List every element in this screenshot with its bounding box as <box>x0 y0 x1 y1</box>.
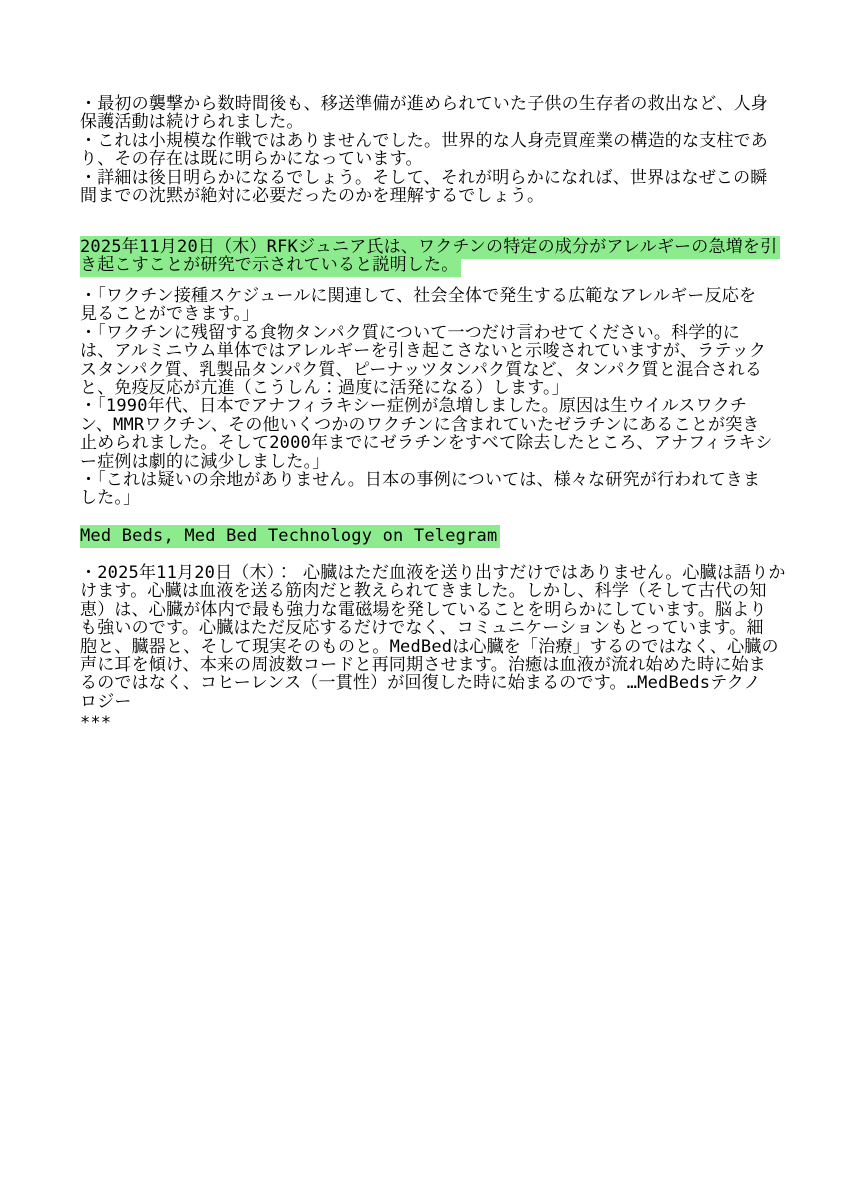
paragraph-rescue-operations: ・最初の襲撃から数時間後も、移送準備が進められていた子供の生存者の救出など、人身… <box>80 95 780 205</box>
text-line: 見ることができます。」 <box>80 305 780 323</box>
text-line: スタンパク質、乳製品タンパク質、ピーナッツタンパク質など、タンパク質と混合される <box>80 361 780 379</box>
text-line: 胞と、臓器と、そして現実そのものと。MedBedは心臓を「治療」するのではなく、… <box>80 638 780 656</box>
text-line: 恵）は、心臓が体内で最も強力な電磁場を発していることを明らかにしています。脳より <box>80 601 780 619</box>
text-line: と、免疫反応が亢進（こうしん：過度に活発になる）します。」 <box>80 379 780 397</box>
text-line: ロジー <box>80 693 780 711</box>
text-line: ー症例は劇的に減少しました。」 <box>80 453 780 471</box>
text-line: 保護活動は続けられました。 <box>80 113 780 131</box>
text-line: ・「これは疑いの余地がありません。日本の事例については、様々な研究が行われてきま <box>80 471 780 489</box>
highlighted-text: Med Beds, Med Bed Technology on Telegram <box>80 525 500 548</box>
text-line: した。」 <box>80 489 780 507</box>
text-line: ・これは小規模な作戦ではありませんでした。世界的な人身売買産業の構造的な支柱であ <box>80 132 780 150</box>
section-separator-asterisks: *** <box>80 714 780 732</box>
text-line: 止められました。そして2000年までにゼラチンをすべて除去したところ、アナフィラ… <box>80 434 780 452</box>
highlighted-text: き起こすことが研究で示されていると説明した。 <box>80 254 461 277</box>
text-line: 声に耳を傾け、本来の周波数コードと再同期させます。治癒は血液が流れ始めた時に始ま <box>80 656 780 674</box>
text-line: *** <box>80 714 780 732</box>
text-line: ・詳細は後日明らかになるでしょう。そして、それが明らかになれば、世界はなぜこの瞬 <box>80 169 780 187</box>
paragraph-rfk-quotes: ・「ワクチン接種スケジュールに関連して、社会全体で発生する広範なアレルギー反応を… <box>80 287 780 508</box>
headline-rfk-vaccine-allergy: 2025年11月20日（木）RFKジュニア氏は、ワクチンの特定の成分がアレルギー… <box>80 238 780 275</box>
heading-med-beds-telegram: Med Beds, Med Bed Technology on Telegram <box>80 527 780 545</box>
text-line: も強いのです。心臓はただ反応するだけでなく、コミュニケーションもとっています。細 <box>80 619 780 637</box>
paragraph-med-beds: ・2025年11月20日（木）： 心臓はただ血液を送り出すだけではありません。心… <box>80 564 780 711</box>
text-line: ・最初の襲撃から数時間後も、移送準備が進められていた子供の生存者の救出など、人身 <box>80 95 780 113</box>
text-line: ・「ワクチンに残留する食物タンパク質について一つだけ言わせてください。科学的に <box>80 324 780 342</box>
text-line: けます。心臓は血液を送る筋肉だと教えられてきました。しかし、科学（そして古代の知 <box>80 582 780 600</box>
text-line: は、アルミニウム単体ではアレルギーを引き起こさないと示唆されていますが、ラテック <box>80 342 780 360</box>
text-line: ・「ワクチン接種スケジュールに関連して、社会全体で発生する広範なアレルギー反応を <box>80 287 780 305</box>
text-line: るのではなく、コヒーレンス（一貫性）が回復した時に始まるのです。…MedBeds… <box>80 674 780 692</box>
text-line: ン、MMRワクチン、その他いくつかのワクチンに含まれていたゼラチンにあることが突… <box>80 416 780 434</box>
text-line: ・「1990年代、日本でアナフィラキシー症例が急増しました。原因は生ウイルスワク… <box>80 397 780 415</box>
text-line: 間までの沈黙が絶対に必要だったのかを理解するでしょう。 <box>80 187 780 205</box>
text-line: Med Beds, Med Bed Technology on Telegram <box>80 527 780 545</box>
text-line: ・2025年11月20日（木）： 心臓はただ血液を送り出すだけではありません。心… <box>80 564 780 582</box>
text-line: き起こすことが研究で示されていると説明した。 <box>80 256 780 274</box>
text-line: り、その存在は既に明らかになっています。 <box>80 150 780 168</box>
document-page: ・最初の襲撃から数時間後も、移送準備が進められていた子供の生存者の救出など、人身… <box>0 0 848 1200</box>
